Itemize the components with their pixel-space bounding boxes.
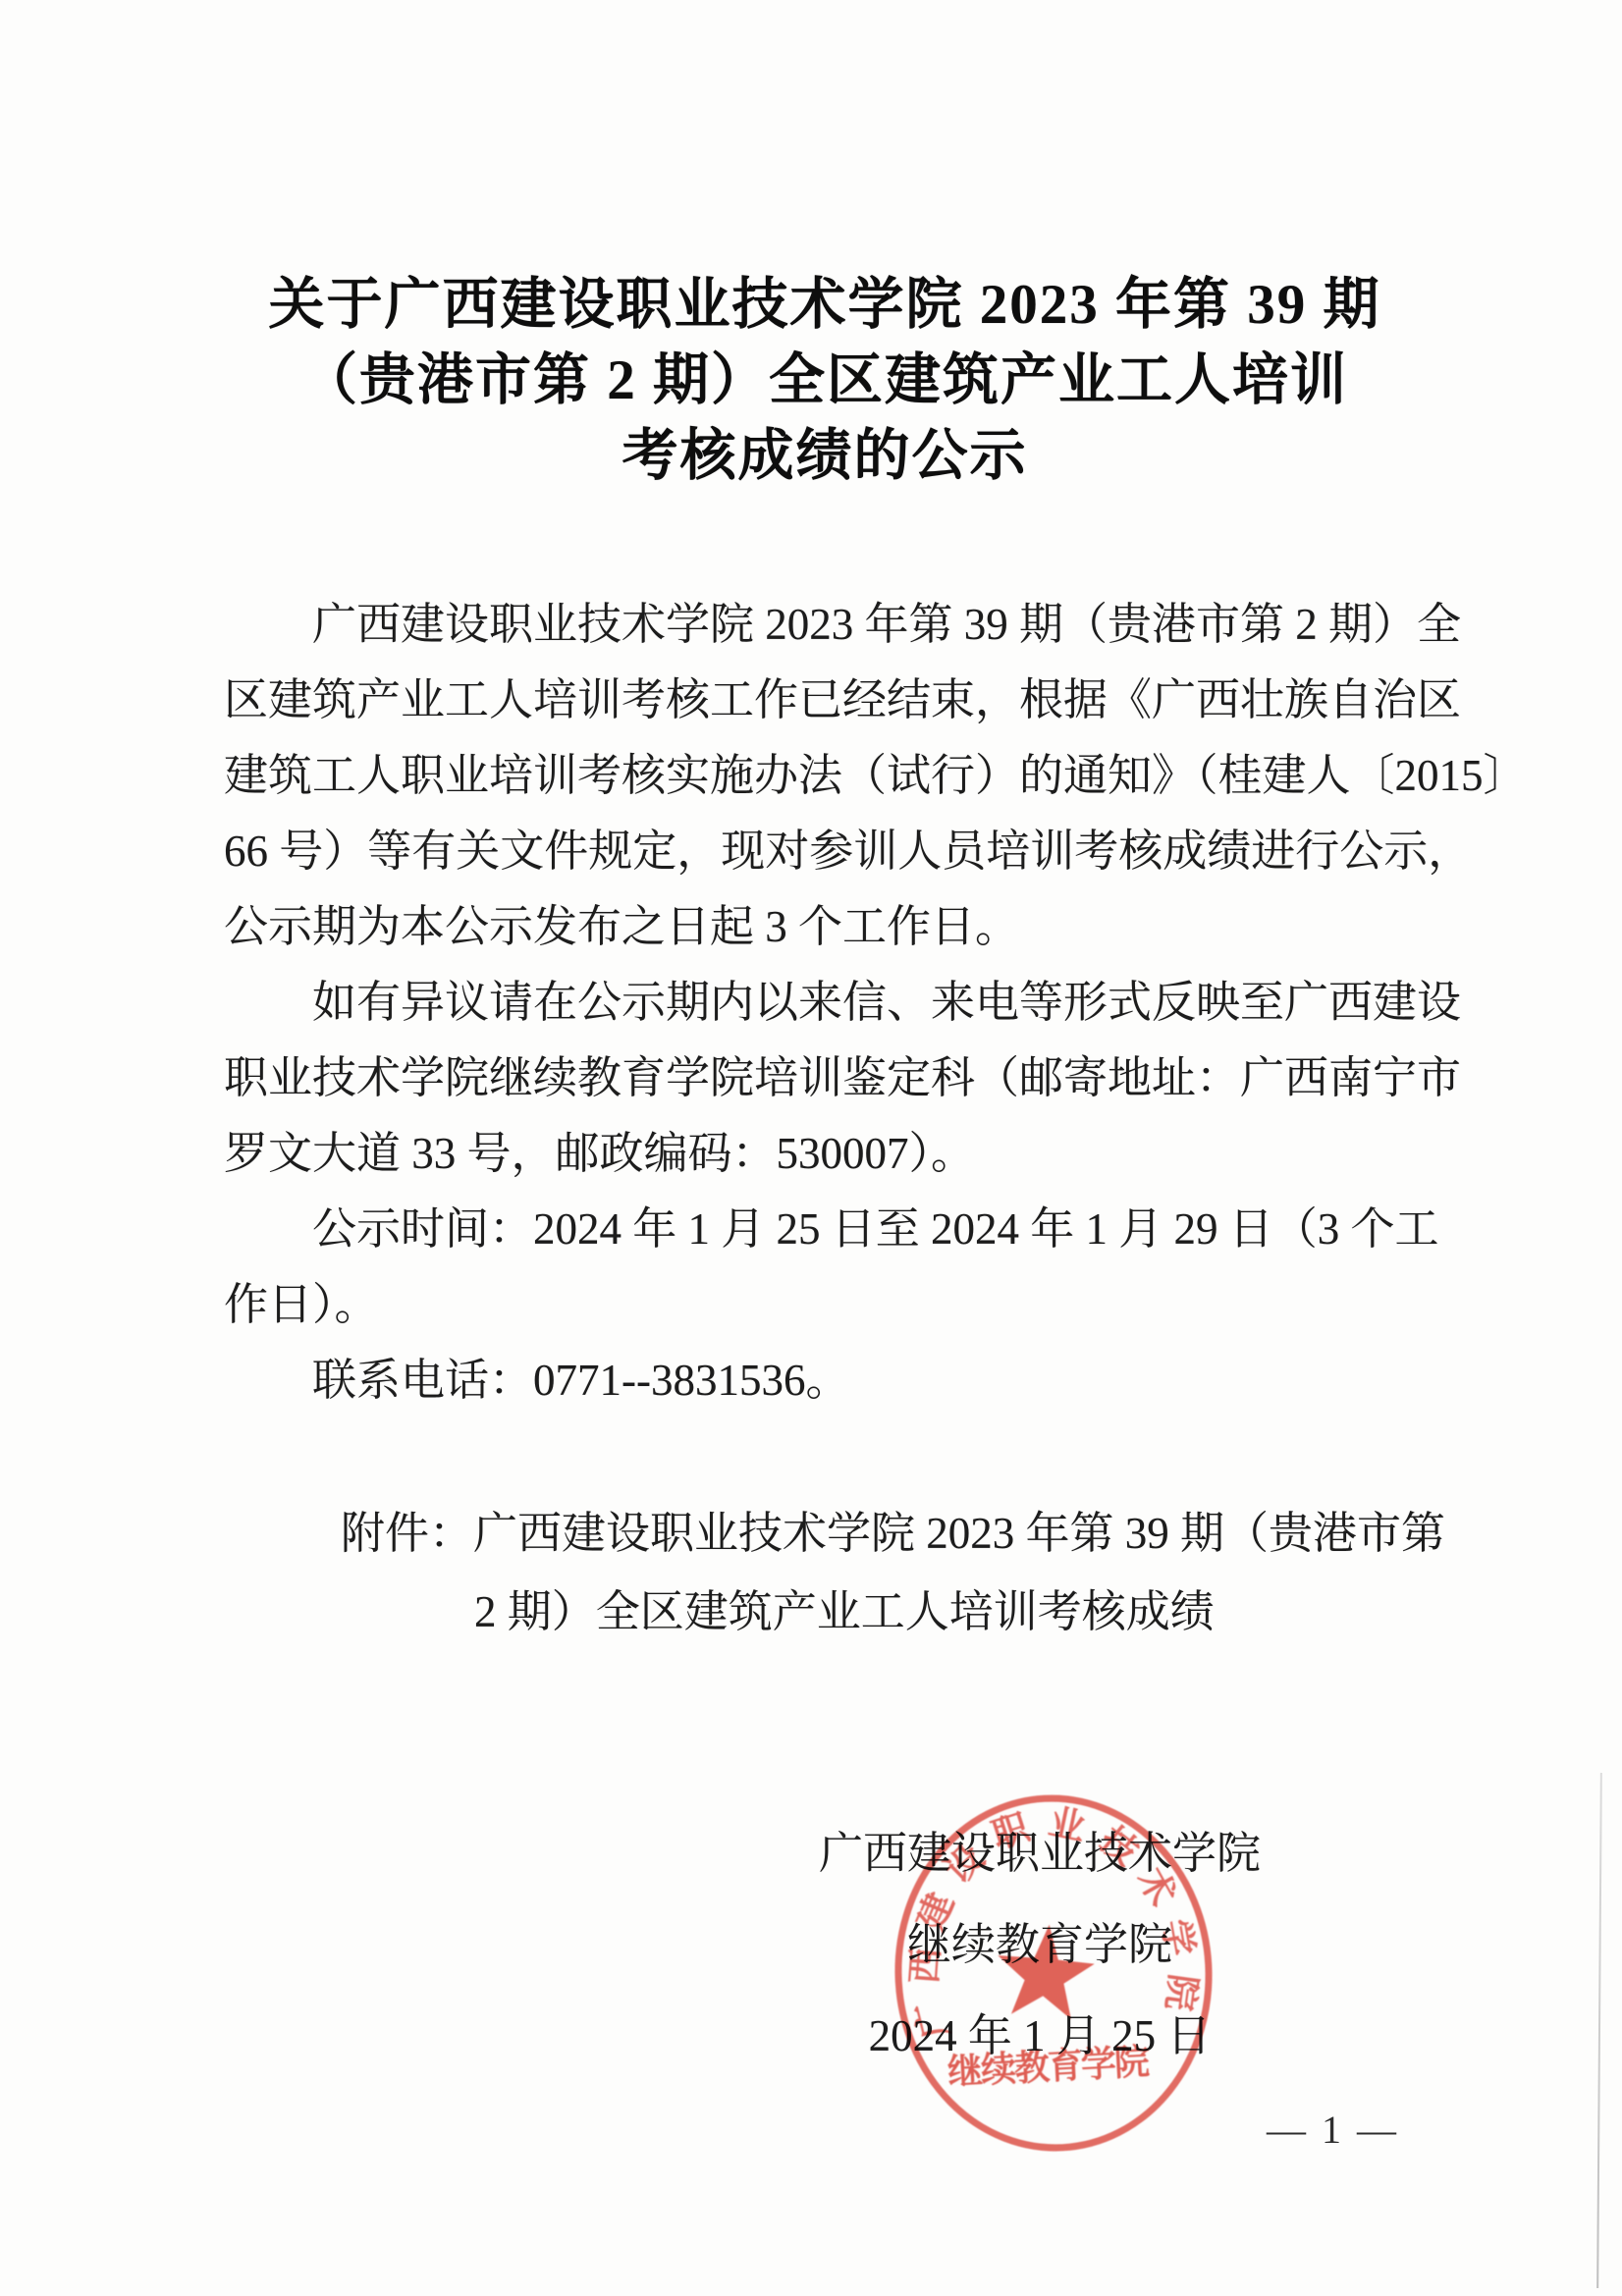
title-line-2: （贵港市第 2 期）全区建筑产业工人培训 bbox=[14, 343, 1622, 418]
attachment-line: 2 期）全区建筑产业工人培训考核成绩 bbox=[474, 1573, 1445, 1651]
notice-title: 关于广西建设职业技术学院 2023 年第 39 期 （贵港市第 2 期）全区建筑… bbox=[14, 267, 1622, 494]
title-line-1: 关于广西建设职业技术学院 2023 年第 39 期 bbox=[14, 267, 1622, 343]
scanned-notice-page: 关于广西建设职业技术学院 2023 年第 39 期 （贵港市第 2 期）全区建筑… bbox=[0, 0, 1622, 2296]
body-line: 公示期为本公示发布之日起 3 个工作日。 bbox=[224, 889, 1432, 965]
body-line: 广西建设职业技术学院 2023 年第 39 期（贵港市第 2 期）全 bbox=[224, 587, 1432, 663]
scan-edge-artifact bbox=[1596, 1773, 1602, 2288]
page-number: — 1 — bbox=[1267, 2107, 1399, 2153]
star-icon bbox=[993, 1920, 1098, 2020]
notice-body: 广西建设职业技术学院 2023 年第 39 期（贵港市第 2 期）全 区建筑产业… bbox=[224, 587, 1432, 1418]
body-line: 作日）。 bbox=[224, 1267, 1432, 1343]
stamp-bottom-text: 继续教育学院 bbox=[946, 2042, 1151, 2092]
body-line: 联系电话：0771--3831536。 bbox=[224, 1343, 1432, 1418]
official-seal-stamp: 广西建设职业技术学院 继续教育学院 bbox=[877, 1773, 1230, 2172]
body-line: 建筑工人职业培训考核实施办法（试行）的通知》（桂建人〔2015〕 bbox=[224, 738, 1432, 814]
title-line-3: 考核成绩的公示 bbox=[14, 418, 1622, 494]
body-line: 公示时间：2024 年 1 月 25 日至 2024 年 1 月 29 日（3 … bbox=[224, 1192, 1432, 1267]
body-line: 如有异议请在公示期内以来信、来电等形式反映至广西建设 bbox=[224, 965, 1432, 1041]
stamp-arc-text: 广西建设职业技术学院 bbox=[894, 1794, 1206, 2044]
body-line: 区建筑产业工人培训考核工作已经结束，根据《广西壮族自治区 bbox=[224, 663, 1432, 738]
body-line: 罗文大道 33 号，邮政编码：530007）。 bbox=[224, 1116, 1432, 1192]
body-line: 职业技术学院继续教育学院培训鉴定科（邮寄地址：广西南宁市 bbox=[224, 1041, 1432, 1116]
body-line: 66 号）等有关文件规定，现对参训人员培训考核成绩进行公示， bbox=[224, 814, 1432, 889]
attachment-line: 附件：广西建设职业技术学院 2023 年第 39 期（贵港市第 bbox=[341, 1494, 1445, 1573]
attachment-note: 附件：广西建设职业技术学院 2023 年第 39 期（贵港市第 2 期）全区建筑… bbox=[341, 1494, 1445, 1651]
